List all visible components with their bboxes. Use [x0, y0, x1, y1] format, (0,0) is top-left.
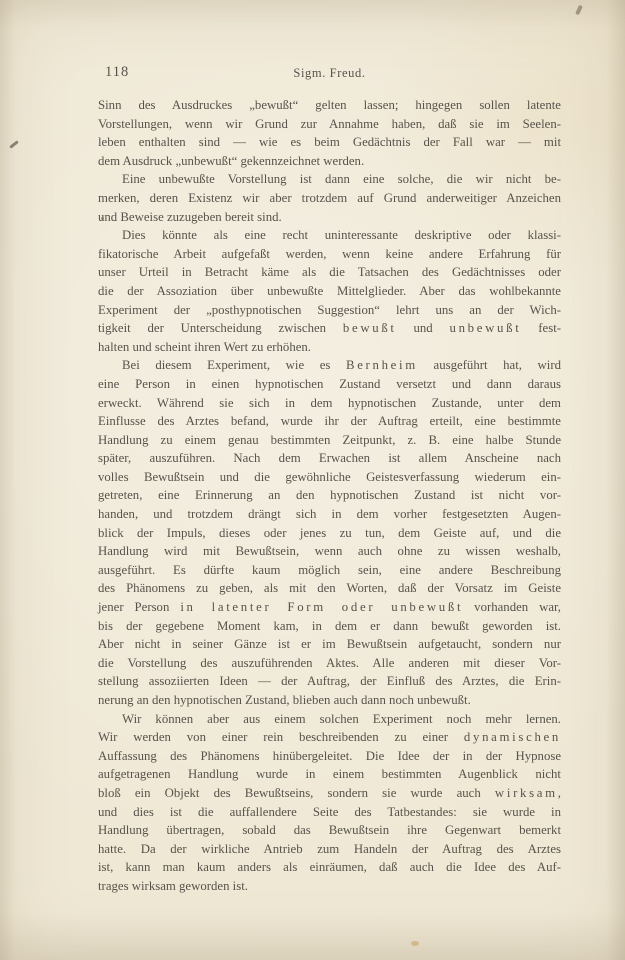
text-segment: eine Person in einen hypnotischen Zustan…: [98, 377, 561, 391]
text-segment: hatte. Da der wirkliche Antrieb zum Hand…: [98, 842, 561, 856]
text-segment: ausgeführt. Es dürfte kaum möglich sein,…: [98, 563, 561, 577]
text-segment: tigkeit der Unterscheidung zwischen: [98, 321, 343, 335]
text-line: merken, deren Existenz wir aber trotzdem…: [98, 189, 561, 208]
text-line: halten und scheint ihren Wert zu erhöhen…: [98, 338, 561, 357]
text-line: aufgetragenen Handlung wurde in einem be…: [98, 765, 561, 784]
text-block: Sinn des Ausdruckes „bewußt“ gelten lass…: [98, 96, 561, 896]
text-line: getreten, eine Erinnerung an den hypnoti…: [98, 486, 561, 505]
text-segment: fest-: [521, 321, 561, 335]
text-line: die Vorstellung des auszuführenden Aktes…: [98, 654, 561, 673]
text-segment: jener Person: [98, 600, 180, 614]
text-line: Handlung zu einem genau bestimmten Zeitp…: [98, 431, 561, 450]
text-segment: Wir werden von einer rein beschreibenden…: [98, 730, 464, 744]
text-segment: merken, deren Existenz wir aber trotzdem…: [98, 191, 561, 205]
text-segment: Handlung zu einem genau bestimmten Zeitp…: [98, 433, 561, 447]
text-segment: Eine unbewußte Vorstellung ist dann eine…: [122, 172, 561, 186]
text-segment: Auffassung des Phänomens hinübergeleitet…: [98, 749, 561, 763]
text-segment: Handlung wird mit Bewußtsein, wenn auch …: [98, 544, 561, 558]
text-line: dem Ausdruck „unbewußt“ gekennzeichnet w…: [98, 152, 561, 171]
emphasized-text: Bernheim: [346, 358, 418, 372]
text-segment: erweckt. Während sie sich in dem hypnoti…: [98, 396, 561, 410]
paragraph: Wir können aber aus einem solchen Experi…: [98, 710, 561, 896]
paragraph: Sinn des Ausdruckes „bewußt“ gelten lass…: [98, 96, 561, 170]
text-line: bloß ein Objekt des Bewußtseins, sondern…: [98, 784, 561, 803]
emphasized-text: wirksam: [495, 786, 558, 800]
text-segment: stellung assoziierten Ideen — der Auftra…: [98, 674, 561, 688]
text-segment: nerung an den hypnotischen Zustand, blie…: [98, 693, 471, 707]
text-line: blick der Impuls, dieses oder jenes zu t…: [98, 524, 561, 543]
text-line: eine Person in einen hypnotischen Zustan…: [98, 375, 561, 394]
text-segment: die Vorstellung des auszuführenden Aktes…: [98, 656, 561, 670]
text-line: tigkeit der Unterscheidung zwischen bewu…: [98, 319, 561, 338]
text-segment: halten und scheint ihren Wert zu erhöhen…: [98, 340, 311, 354]
text-segment: volles Bewußtsein und die gewöhnliche Ge…: [98, 470, 561, 484]
paragraph: Eine unbewußte Vorstellung ist dann eine…: [98, 170, 561, 226]
text-line: und Beweise zuzugeben bereit sind.: [98, 208, 561, 227]
text-segment: unser Urteil in Betracht käme als die Ta…: [98, 265, 561, 279]
text-line: die der Assoziation über unbewußte Mitte…: [98, 282, 561, 301]
text-line: erweckt. Während sie sich in dem hypnoti…: [98, 394, 561, 413]
book-page: 118 Sigm. Freud. Sinn des Ausdruckes „be…: [0, 0, 625, 960]
text-line: nerung an den hypnotischen Zustand, blie…: [98, 691, 561, 710]
text-segment: dem Ausdruck „unbewußt“ gekennzeichnet w…: [98, 154, 364, 168]
text-segment: Sinn des Ausdruckes „bewußt“ gelten lass…: [98, 98, 561, 112]
text-segment: Handlung übertragen, sobald das Bewußtse…: [98, 823, 561, 837]
text-line: Wir werden von einer rein beschreibenden…: [98, 728, 561, 747]
text-line: Vorstellungen, wenn wir Grund zur Annahm…: [98, 115, 561, 134]
text-segment: bis der gegebene Moment kam, in dem er d…: [98, 619, 561, 633]
text-segment: ist, kann man kaum anders als einräumen,…: [98, 860, 561, 874]
emphasized-text: dynamischen: [464, 730, 561, 744]
text-segment: ausgeführt hat, wird: [418, 358, 561, 372]
text-line: Handlung übertragen, sobald das Bewußtse…: [98, 821, 561, 840]
text-segment: leben enthalten sind — wie es beim Gedäc…: [98, 135, 561, 149]
text-segment: später, auszuführen. Nach dem Erwachen i…: [98, 451, 561, 465]
text-line: volles Bewußtsein und die gewöhnliche Ge…: [98, 468, 561, 487]
text-line: fikatorische Arbeit aufgefaßt werden, we…: [98, 245, 561, 264]
text-segment: des Phänomens zu geben, als mit den Wort…: [98, 581, 561, 595]
text-segment: handen, und trotzdem drängt sich in dem …: [98, 507, 561, 521]
text-segment: die der Assoziation über unbewußte Mitte…: [98, 284, 561, 298]
text-line: Einflusse des Arztes befand, wurde ihr d…: [98, 412, 561, 431]
text-line: Handlung wird mit Bewußtsein, wenn auch …: [98, 542, 561, 561]
text-line: Dies könnte als eine recht uninteressant…: [98, 226, 561, 245]
text-line: Sinn des Ausdruckes „bewußt“ gelten lass…: [98, 96, 561, 115]
text-segment: vorhanden war,: [463, 600, 561, 614]
text-segment: getreten, eine Erinnerung an den hypnoti…: [98, 488, 561, 502]
paragraph: Dies könnte als eine recht uninteressant…: [98, 226, 561, 356]
text-segment: und Beweise zuzugeben bereit sind.: [98, 210, 282, 224]
text-segment: trages wirksam geworden ist.: [98, 879, 248, 893]
text-line: Auffassung des Phänomens hinübergeleitet…: [98, 747, 561, 766]
text-segment: aufgetragenen Handlung wurde in einem be…: [98, 767, 561, 781]
text-line: leben enthalten sind — wie es beim Gedäc…: [98, 133, 561, 152]
text-line: Eine unbewußte Vorstellung ist dann eine…: [98, 170, 561, 189]
text-line: stellung assoziierten Ideen — der Auftra…: [98, 672, 561, 691]
text-line: Wir können aber aus einem solchen Experi…: [98, 710, 561, 729]
emphasized-text: bewußt: [343, 321, 397, 335]
text-segment: Experiment der „posthypnotischen Suggest…: [98, 303, 561, 317]
text-segment: Aber nicht in seiner Gänze ist er im Bew…: [98, 637, 561, 651]
text-segment: fikatorische Arbeit aufgefaßt werden, we…: [98, 247, 561, 261]
text-line: trages wirksam geworden ist.: [98, 877, 561, 896]
text-segment: Bei diesem Experiment, wie es: [122, 358, 346, 372]
paragraph: Bei diesem Experiment, wie es Bernheim a…: [98, 356, 561, 709]
text-line: Bei diesem Experiment, wie es Bernheim a…: [98, 356, 561, 375]
text-line: unser Urteil in Betracht käme als die Ta…: [98, 263, 561, 282]
text-line: später, auszuführen. Nach dem Erwachen i…: [98, 449, 561, 468]
paper-stain: [411, 941, 419, 946]
text-segment: bloß ein Objekt des Bewußtseins, sondern…: [98, 786, 495, 800]
text-segment: Dies könnte als eine recht uninteressant…: [122, 228, 561, 242]
paper-stain: [575, 5, 583, 16]
text-line: Experiment der „posthypnotischen Suggest…: [98, 301, 561, 320]
text-segment: Vorstellungen, wenn wir Grund zur Annahm…: [98, 117, 561, 131]
text-segment: blick der Impuls, dieses oder jenes zu t…: [98, 526, 561, 540]
text-line: ist, kann man kaum anders als einräumen,…: [98, 858, 561, 877]
emphasized-text: in latenter Form oder unbewußt: [180, 600, 463, 614]
text-segment: Wir können aber aus einem solchen Experi…: [122, 712, 561, 726]
text-segment: und dies ist die auffallendere Seite des…: [98, 805, 561, 819]
paper-stain: [9, 140, 19, 149]
text-line: Aber nicht in seiner Gänze ist er im Bew…: [98, 635, 561, 654]
text-segment: Einflusse des Arztes befand, wurde ihr d…: [98, 414, 561, 428]
text-segment: und: [397, 321, 450, 335]
text-line: des Phänomens zu geben, als mit den Wort…: [98, 579, 561, 598]
text-line: ausgeführt. Es dürfte kaum möglich sein,…: [98, 561, 561, 580]
text-segment: ,: [558, 786, 561, 800]
running-head: 118 Sigm. Freud.: [98, 64, 561, 84]
text-line: und dies ist die auffallendere Seite des…: [98, 803, 561, 822]
text-line: bis der gegebene Moment kam, in dem er d…: [98, 617, 561, 636]
emphasized-text: unbewußt: [449, 321, 521, 335]
text-line: hatte. Da der wirkliche Antrieb zum Hand…: [98, 840, 561, 859]
text-line: handen, und trotzdem drängt sich in dem …: [98, 505, 561, 524]
running-header-title: Sigm. Freud.: [98, 66, 561, 81]
text-line: jener Person in latenter Form oder unbew…: [98, 598, 561, 617]
